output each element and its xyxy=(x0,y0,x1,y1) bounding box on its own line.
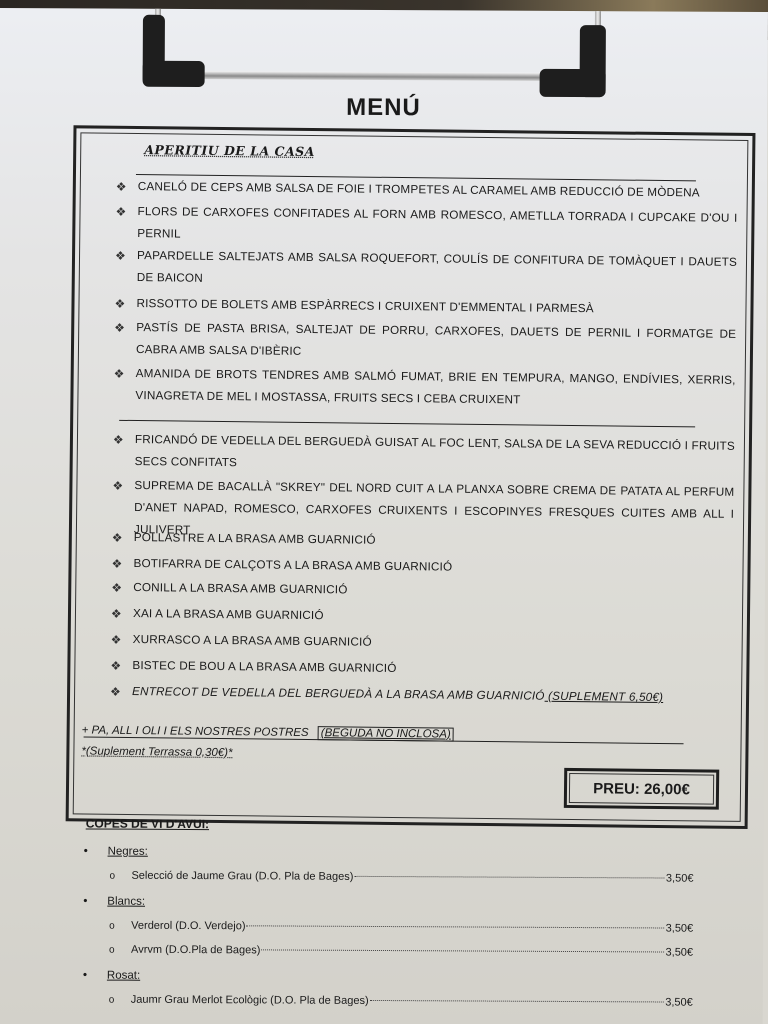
drink-not-included-note: (BEGUDA NO INCLOSA) xyxy=(318,726,454,742)
diamond-bullet-icon: ❖ xyxy=(110,681,132,703)
wine-category-label: Negres: xyxy=(108,846,148,858)
bullet-dot-icon: • xyxy=(84,843,108,857)
wine-price: 3,50€ xyxy=(666,946,694,958)
menu-title: MENÚ xyxy=(0,92,768,124)
wine-name: Avrvm (D.O.Pla de Bages) xyxy=(131,944,260,957)
diamond-bullet-icon: ❖ xyxy=(110,655,132,677)
wine-category-label: Blancs: xyxy=(107,896,145,908)
menu-frame: APERITIU DE LA CASA + PA, ALL I OLI I EL… xyxy=(66,125,756,829)
price-label: PREU: 26,00€ xyxy=(569,773,714,805)
menu-item: ❖PAPARDELLE SALTEJATS AMB SALSA ROQUEFOR… xyxy=(115,245,737,296)
circle-bullet-icon: o xyxy=(109,945,131,956)
wine-row: oVerderol (D.O. Verdejo)3,50€ xyxy=(109,920,693,935)
dot-leader xyxy=(261,949,664,952)
menu-item: ❖FRICANDÓ DE VEDELLA DEL BERGUEDÀ GUISAT… xyxy=(113,429,735,480)
circle-bullet-icon: o xyxy=(109,871,131,882)
wine-price: 3,50€ xyxy=(665,996,693,1008)
wine-name: Selecció de Jaume Grau (D.O. Pla de Bage… xyxy=(131,870,353,883)
wine-category: •Blancs: xyxy=(83,893,145,907)
menu-item-text: FRICANDÓ DE VEDELLA DEL BERGUEDÀ GUISAT … xyxy=(135,429,735,480)
menu-paper: MENÚ APERITIU DE LA CASA + PA, ALL I OLI… xyxy=(0,8,768,1024)
wine-row: oJaumr Grau Merlot Ecològic (D.O. Pla de… xyxy=(109,994,693,1009)
wine-row: oSelecció de Jaume Grau (D.O. Pla de Bag… xyxy=(109,870,693,885)
supplement-note: (SUPLEMENT 6,50€) xyxy=(545,690,664,704)
clipboard-clip-grip-left xyxy=(143,61,205,87)
menu-item-text: PASTÍS DE PASTA BRISA, SALTEJAT DE PORRU… xyxy=(136,317,736,368)
wine-price: 3,50€ xyxy=(666,872,694,884)
circle-bullet-icon: o xyxy=(109,995,131,1006)
diamond-bullet-icon: ❖ xyxy=(111,577,133,599)
diamond-bullet-icon: ❖ xyxy=(113,363,135,407)
terrace-supplement-note: *(Suplement Terrassa 0,30€)* xyxy=(81,745,232,759)
clipboard-clip-bar xyxy=(190,71,550,81)
diamond-bullet-icon: ❖ xyxy=(116,176,138,198)
wine-name: Verderol (D.O. Verdejo) xyxy=(131,920,245,933)
diamond-bullet-icon: ❖ xyxy=(114,293,136,315)
menu-item: ❖AMANIDA DE BROTS TENDRES AMB SALMÓ FUMA… xyxy=(113,363,735,414)
diamond-bullet-icon: ❖ xyxy=(115,245,137,289)
extras-included: + PA, ALL I OLI I ELS NOSTRES POSTRES xyxy=(82,724,309,739)
dot-leader xyxy=(354,876,665,879)
menu-item-text: AMANIDA DE BROTS TENDRES AMB SALMÓ FUMAT… xyxy=(135,363,735,414)
dot-leader xyxy=(370,1000,665,1003)
menu-item: ❖FLORS DE CARXOFES CONFITADES AL FORN AM… xyxy=(115,201,737,252)
wine-category: •Negres: xyxy=(84,843,148,857)
wines-title: COPES DE VI D'AVUI: xyxy=(86,816,209,831)
diamond-bullet-icon: ❖ xyxy=(114,317,136,361)
price-box: PREU: 26,00€ xyxy=(564,768,719,810)
diamond-bullet-icon: ❖ xyxy=(111,553,133,575)
menu-item-text: PAPARDELLE SALTEJATS AMB SALSA ROQUEFORT… xyxy=(137,245,737,296)
bullet-dot-icon: • xyxy=(83,893,107,907)
wine-category: •Rosat: xyxy=(83,967,140,981)
wine-name: Jaumr Grau Merlot Ecològic (D.O. Pla de … xyxy=(131,994,369,1007)
menu-item-text: FLORS DE CARXOFES CONFITADES AL FORN AMB… xyxy=(137,201,737,252)
wine-category-label: Rosat: xyxy=(107,970,140,982)
diamond-bullet-icon: ❖ xyxy=(115,201,137,245)
diamond-bullet-icon: ❖ xyxy=(113,429,135,473)
clipboard-clip-grip-right xyxy=(540,69,606,97)
diamond-bullet-icon: ❖ xyxy=(111,603,133,625)
section-title: APERITIU DE LA CASA xyxy=(144,142,315,159)
menu-item: ❖PASTÍS DE PASTA BRISA, SALTEJAT DE PORR… xyxy=(114,317,736,368)
wine-price: 3,50€ xyxy=(666,922,694,934)
bullet-dot-icon: • xyxy=(83,967,107,981)
diamond-bullet-icon: ❖ xyxy=(112,527,134,549)
circle-bullet-icon: o xyxy=(109,921,131,932)
dot-leader xyxy=(247,925,665,928)
wine-row: oAvrvm (D.O.Pla de Bages)3,50€ xyxy=(109,944,693,959)
diamond-bullet-icon: ❖ xyxy=(111,629,133,651)
